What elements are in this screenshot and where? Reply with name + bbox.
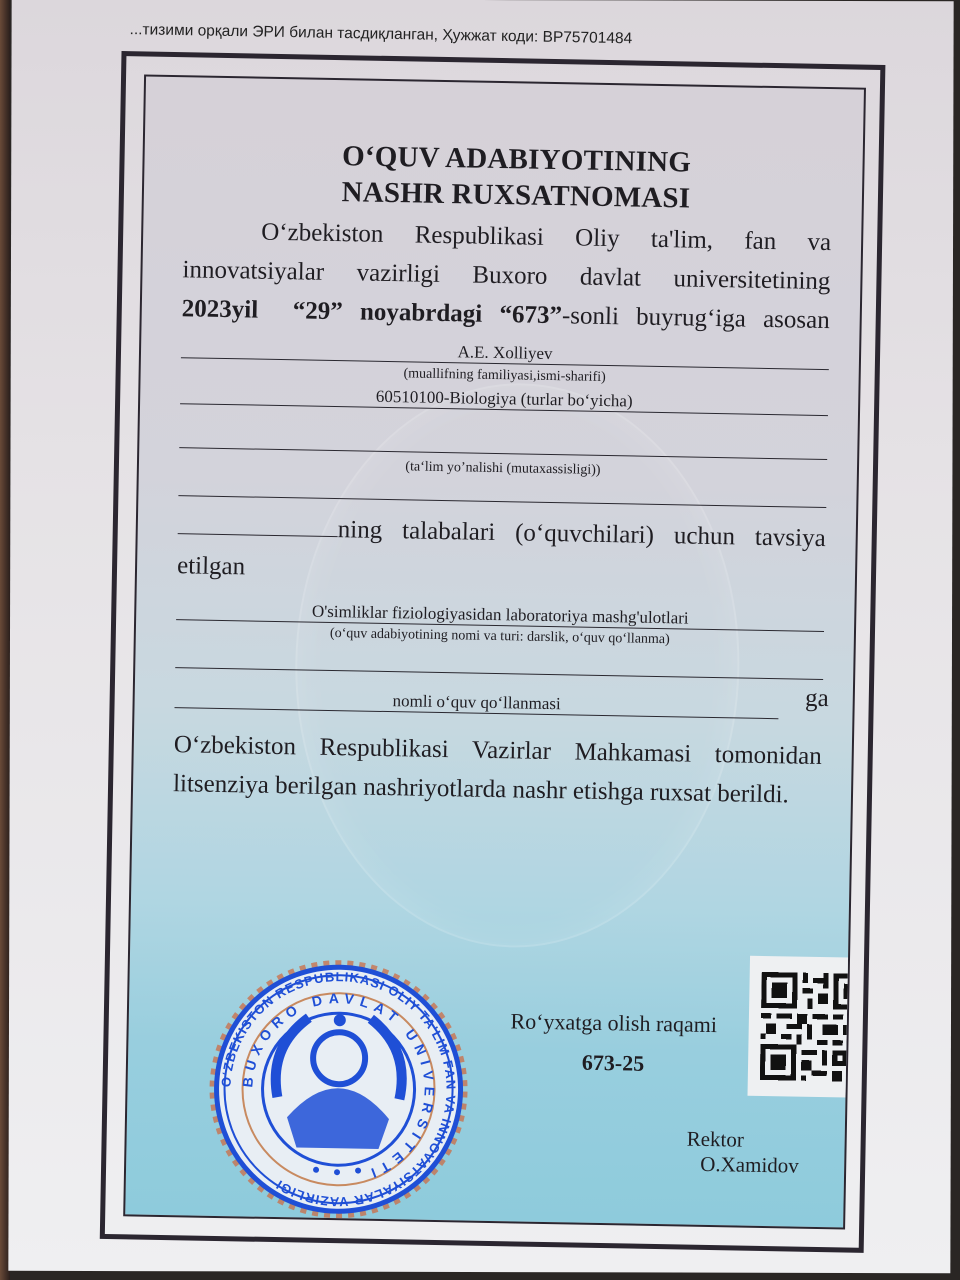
certificate-panel: O‘QUV ADABIYOTINING NASHR RUXSATNOMASI O…: [123, 74, 866, 1229]
university-seal: O‘ZBEKISTON RESPUBLIKASI OLIY TA'LIM FAN…: [205, 956, 472, 1223]
registration-number: 673-25: [478, 1048, 748, 1079]
certificate-title: O‘QUV ADABIYOTINING NASHR RUXSATNOMASI: [184, 135, 849, 219]
book-type-suffix: ga: [805, 685, 829, 713]
outer-border: O‘QUV ADABIYOTINING NASHR RUXSATNOMASI O…: [100, 51, 886, 1253]
permission-paragraph: O‘zbekiston Respublikasi Vazirlar Mahkam…: [173, 725, 822, 815]
signatory-title: Rektor: [686, 1127, 744, 1152]
certificate-content: O‘QUV ADABIYOTINING NASHR RUXSATNOMASI O…: [165, 77, 850, 1227]
qr-code[interactable]: [747, 956, 865, 1098]
students-paragraph: ning talabalari (o‘quvchilari) uchun tav…: [177, 507, 826, 597]
blank-line-2: [175, 647, 823, 680]
intro-paragraph: O‘zbekiston Respublikasi Oliy ta'lim, fa…: [181, 211, 831, 340]
document-page: ...тизими орқали ЭРИ билан тасдиқланган,…: [8, 0, 953, 1273]
signatory-name: O.Xamidov: [700, 1152, 799, 1178]
verification-header: ...тизими орқали ЭРИ билан тасдиқланган,…: [129, 21, 632, 48]
registration-label: Ro‘yxatga olish raqami: [479, 1008, 749, 1039]
qr-code-icon: [760, 968, 866, 1086]
signature-block: Rektor O.Xamidov: [686, 1127, 831, 1180]
institution-blank: [178, 533, 338, 537]
book-type-field: nomli o‘quv qo‘llanmasi: [174, 687, 778, 719]
direction-field-extra: [179, 427, 827, 460]
